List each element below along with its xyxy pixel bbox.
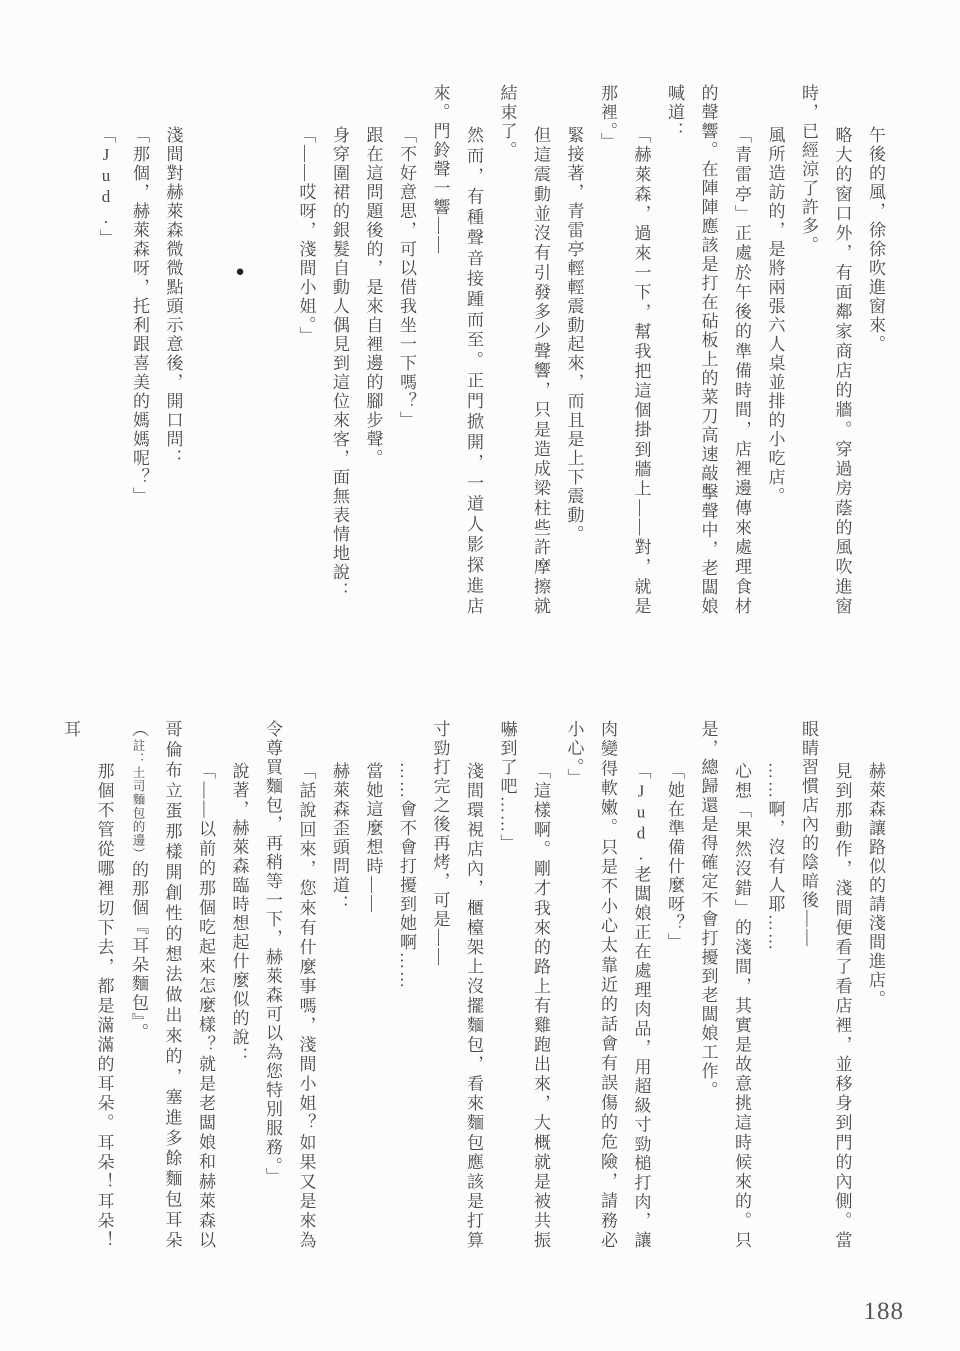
text-run: 「青雷亭」正處於午後的準備時間，店裡邊傳來處理食材的聲響。在陣陣應該是打在砧板上… <box>665 84 751 616</box>
text-run: 說著，赫萊森臨時想起什麼似的說： <box>230 762 249 1066</box>
text-run: 「那個，赫萊森呀，托利跟喜美的媽媽呢？」 <box>130 126 149 506</box>
text-run: 「話說回來，您來有什麼事嗎，淺間小姐？如果又是來為令尊買麵包，再稍等一下，赫萊森… <box>263 720 316 1250</box>
paragraph: 赫萊森讓路似的請淺間進店。 <box>859 720 893 1250</box>
text-run: 但這震動並沒有引發多少聲響，只是造成梁柱些許摩擦就結束了。 <box>498 84 551 616</box>
latin-text-run: Jud. <box>632 781 651 865</box>
paragraph: ……會不會打擾到她啊…… <box>390 720 424 1250</box>
paragraph: 當她這麼想時—— <box>356 720 390 1250</box>
paragraph: 然而，有種聲音接踵而至。正門掀開，一道人影探進店來。門鈴聲一響—— <box>423 84 490 616</box>
paragraph: 跟在這問題後的，是來自裡邊的腳步聲。 <box>356 84 390 616</box>
paragraph: 那個不管從哪裡切下去，都是滿滿的耳朵。耳朵！耳朵！耳 <box>54 720 121 1250</box>
paragraph: 見到那動作，淺間便看了看店裡，並移身到門的內側。當眼睛習慣店內的陰暗後—— <box>792 720 859 1250</box>
text-block-lower: 赫萊森讓路似的請淺間進店。見到那動作，淺間便看了看店裡，並移身到門的內側。當眼睛… <box>54 720 893 1250</box>
text-run: 風所造訪的，是將兩張六人桌並排的小吃店。 <box>766 126 785 506</box>
scene-break-dot: ● <box>223 84 257 616</box>
text-run: 略大的窗口外，有面鄰家商店的牆。穿過房蔭的風吹進窗時，已經涼了許多。 <box>799 84 852 616</box>
text-run: 跟在這問題後的，是來自裡邊的腳步聲。 <box>364 126 383 468</box>
paragraph: 赫萊森歪頭問道： <box>323 720 357 1250</box>
text-run: ● <box>232 264 248 280</box>
text-run: 緊接著，青雷亭輕輕震動起來，而且是上下震動。 <box>565 126 584 544</box>
paragraph: 說著，赫萊森臨時想起什麼似的說： <box>222 720 256 1250</box>
paragraph: 「——以前的那個吃起來怎麼樣？就是老闆娘和赫萊森以哥倫布立蛋那樣開創性的想法做出… <box>121 720 223 1250</box>
paragraph: ……啊，沒有人耶…… <box>758 720 792 1250</box>
text-run: 「這樣啊。剛才我來的路上有雞跑出來，大概就是被共振嚇到了吧……」 <box>498 720 551 1250</box>
latin-text-run: Jud. <box>97 145 116 229</box>
text-run: 的那個『耳朵麵包』。 <box>129 861 148 1043</box>
text-run: 赫萊森讓路似的請淺間進店。 <box>866 762 885 1009</box>
text-run: 當她這麼想時—— <box>364 762 383 914</box>
paragraph: 淺間環視店內，櫃檯架上沒擺麵包，看來麵包應該是打算寸勁打完之後再烤，可是—— <box>423 720 490 1250</box>
paragraph: 「這樣啊。剛才我來的路上有雞跑出來，大概就是被共振嚇到了吧……」 <box>490 720 557 1250</box>
text-run: 然而，有種聲音接踵而至。正門掀開，一道人影探進店來。門鈴聲一響—— <box>431 84 484 616</box>
paragraph: 淺間對赫萊森微微點頭示意後，開口問： <box>156 84 190 616</box>
paragraph: 「青雷亭」正處於午後的準備時間，店裡邊傳來處理食材的聲響。在陣陣應該是打在砧板上… <box>658 84 759 616</box>
text-run: 那個不管從哪裡切下去，都是滿滿的耳朵。耳朵！耳朵！耳 <box>61 720 114 1250</box>
text-run: 「 <box>632 762 651 781</box>
text-block-upper: 午後的風，徐徐吹進窗來。略大的窗口外，有面鄰家商店的牆。穿過房蔭的風吹進窗時，已… <box>89 84 892 616</box>
paragraph: 身穿圍裙的銀髮自動人偶見到這位來客，面無表情地說： <box>323 84 357 616</box>
paragraph: 「她在準備什麼呀？」 <box>658 720 692 1250</box>
paragraph: 「赫萊森，過來一下，幫我把這個掛到牆上——對，就是那裡。」 <box>591 84 658 616</box>
paragraph: 「話說回來，您來有什麼事嗎，淺間小姐？如果又是來為令尊買麵包，再稍等一下，赫萊森… <box>256 720 323 1250</box>
paragraph: 「不好意思，可以借我坐一下嗎？」 <box>390 84 424 616</box>
text-run: 「赫萊森，過來一下，幫我把這個掛到牆上——對，就是那裡。」 <box>598 84 651 616</box>
text-run: 見到那動作，淺間便看了看店裡，並移身到門的內側。當眼睛習慣店內的陰暗後—— <box>799 720 852 1250</box>
paragraph: 「Jud.老闆娘正在處理肉品，用超級寸勁槌打肉，讓肉變得軟嫩。只是不小心太靠近的… <box>557 720 658 1250</box>
text-run: 「不好意思，可以借我坐一下嗎？」 <box>397 126 416 430</box>
book-page: 午後的風，徐徐吹進窗來。略大的窗口外，有面鄰家商店的牆。穿過房蔭的風吹進窗時，已… <box>0 0 960 1351</box>
text-run: ……啊，沒有人耶…… <box>766 762 785 952</box>
paragraph: 「——哎呀，淺間小姐。」 <box>289 84 323 616</box>
page-number: 188 <box>864 1298 905 1326</box>
text-run: ……會不會打擾到她啊…… <box>397 762 416 990</box>
text-run: 淺間環視店內，櫃檯架上沒擺麵包，看來麵包應該是打算寸勁打完之後再烤，可是—— <box>431 720 484 1250</box>
text-run: 「 <box>97 126 116 145</box>
paragraph: 心想「果然沒錯」的淺間，其實是故意挑這時候來的。只是，總歸還是得確定不會打擾到老… <box>691 720 758 1250</box>
paragraph: 風所造訪的，是將兩張六人桌並排的小吃店。 <box>758 84 792 616</box>
text-run: 淺間對赫萊森微微點頭示意後，開口問： <box>164 126 183 468</box>
text-run: 「——哎呀，淺間小姐。」 <box>297 126 316 346</box>
inline-note: 註：土司麵包的邊） <box>131 739 145 861</box>
paragraph: 但這震動並沒有引發多少聲響，只是造成梁柱些許摩擦就結束了。 <box>490 84 557 616</box>
paragraph: 略大的窗口外，有面鄰家商店的牆。穿過房蔭的風吹進窗時，已經涼了許多。 <box>792 84 859 616</box>
text-run: 「她在準備什麼呀？」 <box>665 762 684 952</box>
paragraph: 「那個，赫萊森呀，托利跟喜美的媽媽呢？」 <box>123 84 157 616</box>
paragraph: 緊接著，青雷亭輕輕震動起來，而且是上下震動。 <box>557 84 591 616</box>
text-run: 赫萊森歪頭問道： <box>330 762 349 914</box>
paragraph: 午後的風，徐徐吹進窗來。 <box>859 84 893 616</box>
text-run: 心想「果然沒錯」的淺間，其實是故意挑這時候來的。只是，總歸還是得確定不會打擾到老… <box>699 720 752 1250</box>
text-run: 身穿圍裙的銀髮自動人偶見到這位來客，面無表情地說： <box>330 126 349 601</box>
paragraph: 「Jud.」 <box>89 84 123 616</box>
text-run: 」 <box>97 229 116 248</box>
text-run: 午後的風，徐徐吹進窗來。 <box>866 126 885 354</box>
